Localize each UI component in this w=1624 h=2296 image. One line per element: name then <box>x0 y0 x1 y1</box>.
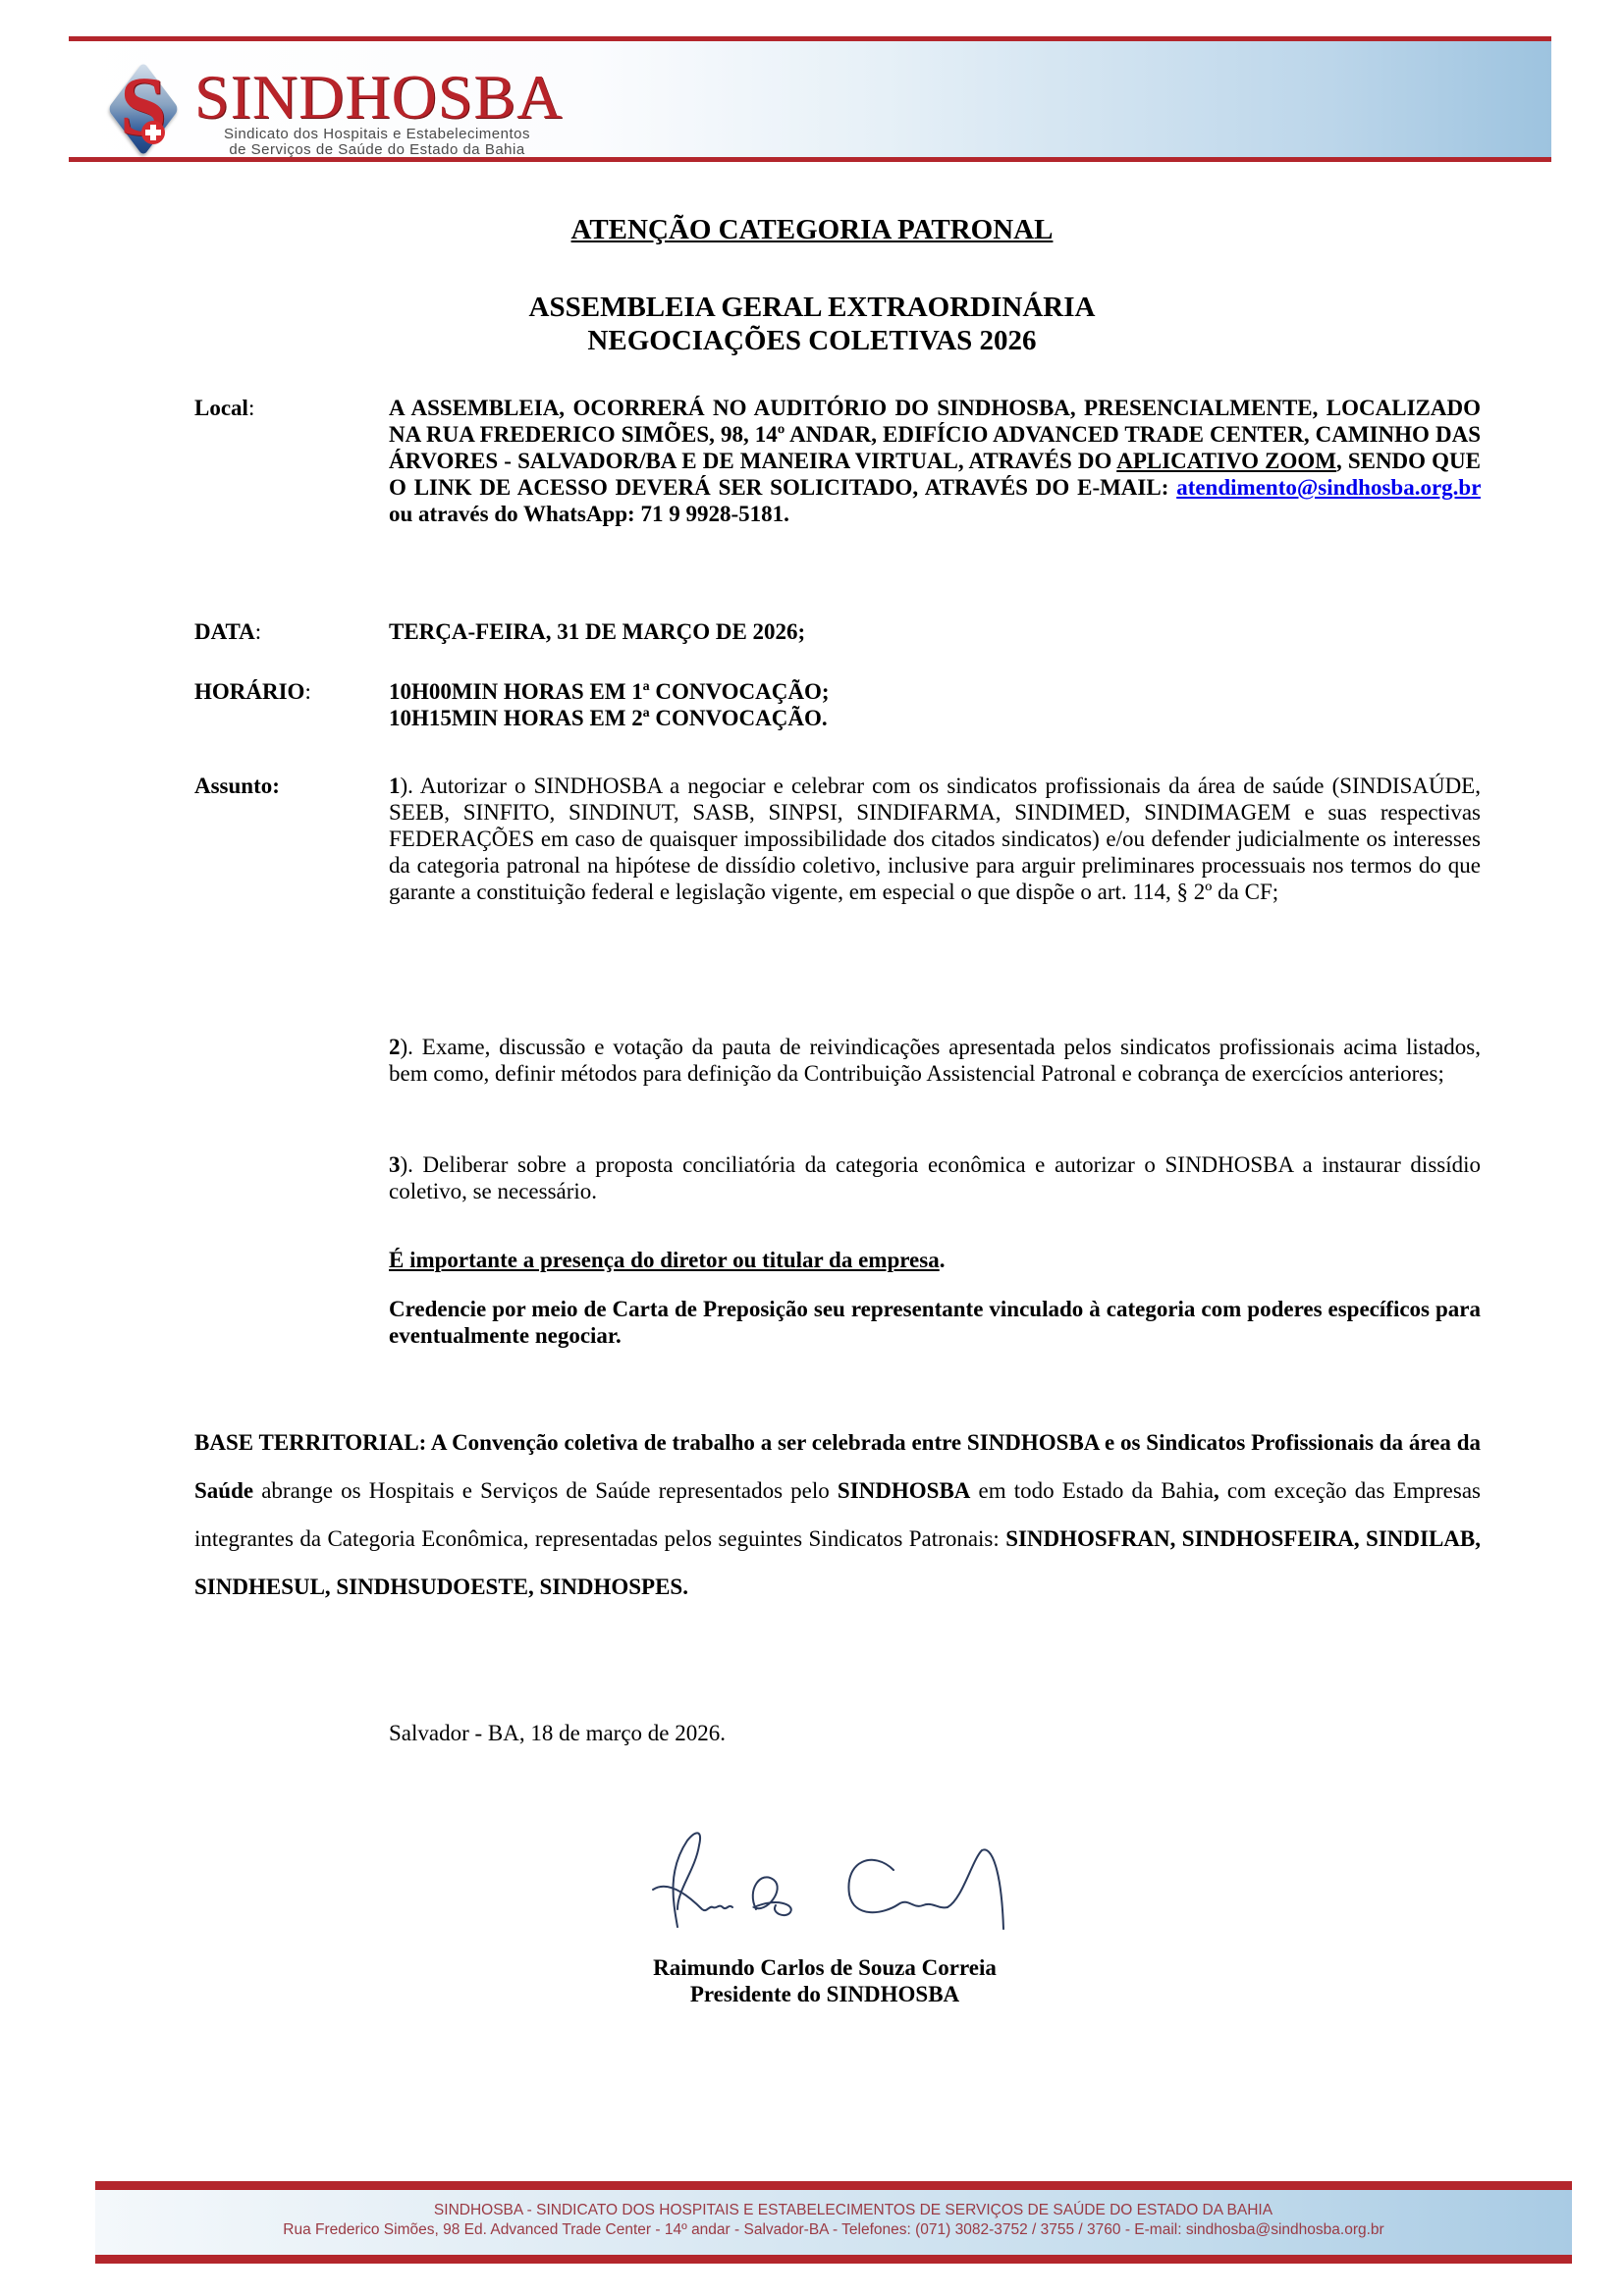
time-label: HORÁRIO: <box>194 678 311 705</box>
local-value: A ASSEMBLEIA, OCORRERÁ NO AUDITÓRIO DO S… <box>389 395 1481 527</box>
logo-subtitle: Sindicato dos Hospitais e Estabeleciment… <box>224 127 530 158</box>
medical-cross-icon <box>141 121 165 144</box>
agenda-item-2: 2). Exame, discussão e votação da pauta … <box>389 1034 1481 1087</box>
footer-org-name: SINDHOSBA - SINDICATO DOS HOSPITAIS E ES… <box>95 2202 1572 2219</box>
footer-contact: Rua Frederico Simões, 98 Ed. Advanced Tr… <box>95 2221 1572 2239</box>
time-first-call: 10H00MIN HORAS EM 1ª CONVOCAÇÃO; <box>389 678 1481 705</box>
agenda-item-1: 1). Autorizar o SINDHOSBA a negociar e c… <box>389 773 1481 905</box>
logo-name: SINDHOSBA <box>194 66 563 129</box>
email-link[interactable]: atendimento@sindhosba.org.br <box>1176 475 1481 500</box>
agenda-item-3: 3). Deliberar sobre a proposta conciliat… <box>389 1151 1481 1204</box>
signer-name: Raimundo Carlos de Souza Correia <box>550 1954 1100 1981</box>
date-label: DATA: <box>194 618 261 645</box>
logo-subtitle-line2: de Serviços de Saúde do Estado da Bahia <box>224 142 530 158</box>
territorial-base-paragraph: BASE TERRITORIAL: A Convenção coletiva d… <box>194 1418 1481 1611</box>
date-value: TERÇA-FEIRA, 31 DE MARÇO DE 2026; <box>389 618 1481 645</box>
local-label: Local: <box>194 395 254 421</box>
signature-image <box>648 1811 1041 1939</box>
credential-notice: Credencie por meio de Carta de Preposiçã… <box>389 1296 1481 1349</box>
time-value: 10H00MIN HORAS EM 1ª CONVOCAÇÃO; 10H15MI… <box>389 678 1481 731</box>
assembly-title: ASSEMBLEIA GERAL EXTRAORDINÁRIA <box>0 291 1624 324</box>
time-second-call: 10H15MIN HORAS EM 2ª CONVOCAÇÃO. <box>389 705 1481 731</box>
negotiations-title: NEGOCIAÇÕES COLETIVAS 2026 <box>0 324 1624 357</box>
logo-diamond-icon: S <box>98 70 183 154</box>
presence-notice: É importante a presença do diretor ou ti… <box>389 1247 1481 1273</box>
attention-title: ATENÇÃO CATEGORIA PATRONAL <box>0 213 1624 246</box>
sindhosba-logo: S SINDHOSBA Sindicato dos Hospitais e Es… <box>98 64 648 162</box>
subject-label: Assunto: <box>194 773 280 799</box>
logo-subtitle-line1: Sindicato dos Hospitais e Estabeleciment… <box>224 127 530 142</box>
zoom-app-text: APLICATIVO ZOOM <box>1116 449 1336 473</box>
city-date: Salvador - BA, 18 de março de 2026. <box>389 1720 726 1746</box>
signer-role: Presidente do SINDHOSBA <box>550 1981 1100 2007</box>
